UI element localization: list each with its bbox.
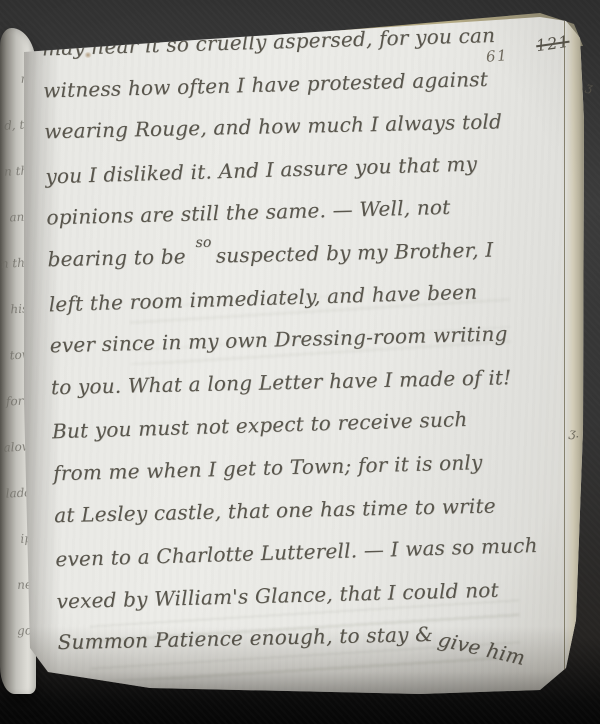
paper-vignette (0, 0, 600, 724)
edge-ink-mark: ʒ (584, 79, 594, 94)
manuscript-page: 61 121 may hear it so cruelly aspersed, … (0, 0, 600, 724)
manuscript-photograph: m d, th n thi and n the his. tow fort. a… (0, 0, 600, 724)
edge-ink-mark: ʒ. (568, 425, 580, 440)
